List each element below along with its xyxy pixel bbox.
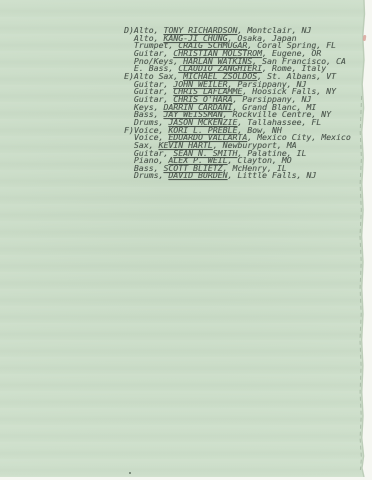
- ink-speck: [129, 472, 131, 474]
- personnel-list: D)Alto, TONY RICHARDSON, Montclair, NJ A…: [124, 27, 351, 180]
- personnel-line: Drums, DAVID BURDEN, Little Falls, NJ: [124, 172, 351, 180]
- line-prefix-instrument: Drums,: [124, 170, 168, 180]
- paper-sheet: D)Alto, TONY RICHARDSON, Montclair, NJ A…: [0, 0, 372, 477]
- deckle-edge: [358, 0, 372, 477]
- scan-background: D)Alto, TONY RICHARDSON, Montclair, NJ A…: [0, 0, 372, 480]
- musician-name: DAVID BURDEN: [168, 170, 227, 180]
- line-location: , Little Falls, NJ: [228, 170, 317, 180]
